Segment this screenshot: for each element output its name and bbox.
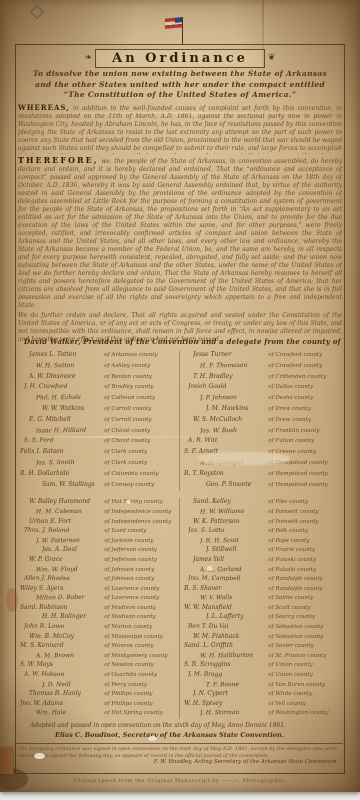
- adopted-attestation-line: Adopted and passed in open convention on…: [30, 722, 330, 729]
- signature-row: Saml. Kelley of Pike county: [184, 498, 343, 508]
- delegate-signature: Saml. Robinson: [20, 604, 104, 611]
- delegate-signature: James L. Totten: [29, 351, 104, 358]
- delegate-signature: A. W. Dinsmore: [29, 373, 104, 380]
- delegate-county: of Clark county: [104, 460, 179, 466]
- preamble: To dissolve the union now existing betwe…: [20, 69, 340, 101]
- signature-row: W. H. Sutton of Ashley county: [20, 362, 179, 373]
- delegate-signature: Thos. J. Roland: [24, 527, 104, 534]
- signature-row: Phil. H. Echols of Calhoun county: [20, 394, 179, 405]
- signature-row: W. W. Watkins of Carroll county: [20, 405, 179, 416]
- signature-row: J. L. Lafferty of Searcy county: [184, 613, 343, 623]
- delegate-signature: W. P. Grace: [29, 556, 104, 563]
- delegate-county: of Phillips county: [104, 701, 179, 707]
- signature-row: H. F. Thomason of Crawford county: [184, 362, 343, 373]
- signature-row: Wm. W. Floyd of Johnson county: [20, 566, 179, 576]
- delegate-county: of Crawford county: [268, 363, 343, 369]
- delegate-signature: Wm. B. McCoy: [29, 633, 104, 640]
- delegate-county: of Carroll county: [104, 406, 179, 412]
- delegate-signature: Isaac H. Hilliard: [36, 427, 104, 434]
- delegate-signature: J. P. Johnson: [200, 394, 268, 401]
- paper-fleck: [126, 500, 131, 504]
- delegate-signature: A. M. Brown: [36, 652, 104, 659]
- therefore-paragraph-2: And we do further hereby declare and ord…: [18, 270, 342, 310]
- delegate-county: of Franklin county: [268, 428, 343, 434]
- signature-row: Saml. Robinson of Madison county: [20, 604, 179, 614]
- delegate-signature: T. H. Bradley: [193, 373, 268, 380]
- signature-row: W. P. Grace of Jefferson county: [20, 556, 179, 566]
- delegate-county: of Carroll county: [104, 417, 179, 423]
- signature-row: Felix I. Batson of Clark county: [20, 448, 179, 459]
- therefore-section: THEREFORE, we, the people of the State o…: [18, 156, 342, 344]
- therefore-paragraph-1: THEREFORE, we, the people of the State o…: [18, 156, 342, 268]
- signature-row: Jas. S. Latta of Polk county: [184, 527, 343, 537]
- signature-row: E. G. Mitchell of Carroll county: [20, 416, 179, 427]
- therefore-label: THEREFORE,: [18, 156, 99, 165]
- signature-row: S. R. Scroggins of Union county: [184, 661, 343, 671]
- delegate-county: of Randolph county: [268, 576, 343, 582]
- president-signature-line: David Walker, President of the Conventio…: [24, 337, 344, 346]
- document-title: An Ordinance: [95, 49, 265, 68]
- signature-row: S. S. Ford of Chicot county: [20, 437, 179, 448]
- delegate-county: of Independence county: [104, 519, 179, 525]
- signature-row: Jno. W. Adams of Phillips county: [20, 700, 179, 710]
- delegate-county: of Mississippi county: [104, 634, 179, 640]
- delegate-signature: Geo. P. Smoote: [206, 481, 268, 488]
- delegate-signature: W. H. Sutton: [36, 362, 104, 369]
- signature-row: Sam. W. Stallings of Conway county: [20, 481, 179, 492]
- signature-row: J. H. Crawford of Bradley county: [20, 383, 179, 394]
- delegate-signature: Phil. H. Echols: [36, 394, 104, 401]
- delegate-signature: J. H. Crawford: [24, 383, 104, 390]
- delegate-county: of Lawrence county: [104, 595, 179, 601]
- delegate-county: of St. Francis county: [268, 653, 343, 659]
- delegate-county: of Marion county: [104, 624, 179, 630]
- delegate-signature: Josiah Gould: [188, 383, 268, 390]
- delegate-county: of Poinsett county: [268, 519, 343, 525]
- delegate-county: of Chicot county: [104, 438, 179, 444]
- signature-row: Wiley S. Ayers of Lawrence county: [20, 585, 179, 595]
- delegate-signature: Thomas B. Hanly: [29, 690, 104, 697]
- vertical-crease: [262, 0, 264, 90]
- signature-row: R. S. Shaver of Randolph county: [184, 585, 343, 595]
- delegate-county: of Union county: [268, 662, 343, 668]
- delegate-county: of Sebastian county: [268, 624, 343, 630]
- delegate-signature: Jas. A. Deal: [42, 546, 104, 553]
- signature-column-lower-left: W. Bailey Hammond of Hot Spring county H…: [20, 498, 179, 719]
- delegate-signature: Felix I. Batson: [20, 448, 104, 455]
- signature-row: J. H. Stirman of Washington county: [184, 709, 343, 719]
- signature-row: W. K. Patterson of Poinsett county: [184, 518, 343, 528]
- delegate-signature: J. M. Bragg: [188, 671, 268, 678]
- delegate-county: of Saline county: [268, 595, 343, 601]
- delegate-county: of Drew county: [268, 417, 343, 423]
- delegate-county: of Drew county: [268, 406, 343, 412]
- delegate-signature: A. W. Hobson: [24, 671, 104, 678]
- ribbon-left-flourish-icon: ❧: [85, 53, 93, 63]
- fold-mark: [30, 5, 44, 19]
- signature-row: Wm. B. McCoy of Mississippi county: [20, 633, 179, 643]
- delegate-signature: W. S. McCulloch: [193, 416, 268, 423]
- ordinance-document: ❧An Ordinance❦ To dissolve the union now…: [0, 0, 360, 792]
- horizontal-crease: [20, 112, 340, 114]
- therefore-text-1: we, the people of the State of Arkansas,…: [18, 158, 342, 268]
- delegate-county: of Independence county: [104, 509, 179, 515]
- signing-note: The foregoing ordinance was signed in op…: [18, 746, 342, 759]
- signature-row: James L. Totten of Arkansas county: [20, 351, 179, 362]
- signature-row: H. H. Bolinger of Madison county: [20, 613, 179, 623]
- signature-row: Allen J. Rhodes of Johnson county: [20, 575, 179, 585]
- delegate-signature: M. S. Kennard: [20, 642, 104, 649]
- secretary-attestation-line: Elias C. Boudinot, Secretary of the Arka…: [55, 731, 335, 739]
- delegate-signature: R. S. Shaver: [184, 585, 268, 592]
- delegate-signature: J. L. Lafferty: [206, 613, 268, 620]
- delegate-county: of Yell county: [268, 701, 343, 707]
- photographer-caption: Photographed from the Original Manuscrip…: [0, 778, 360, 784]
- signature-row: J. P. Johnson of Desha county: [184, 394, 343, 405]
- signature-row: Ben T. Du Val of Sebastian county: [184, 623, 343, 633]
- delegate-county: of Fulton county: [268, 438, 343, 444]
- delegate-county: of Bradley county: [104, 384, 179, 390]
- signature-row: W. H. Spivey of Yell county: [184, 700, 343, 710]
- delegate-county: of Montgomery county: [104, 653, 179, 659]
- delegate-county: of Van Buren county: [268, 682, 343, 688]
- delegate-signature: J. R. H. Scott: [200, 537, 268, 544]
- signature-row: Wm. Hale of Hot Spring county: [20, 709, 179, 719]
- delegate-county: of Phillips county: [104, 691, 179, 697]
- signature-row: J. M. Hawkins of Drew county: [184, 405, 343, 416]
- delegate-signature: Jas. S. Latta: [188, 527, 268, 534]
- flag-stripes: [165, 17, 182, 28]
- delegate-signature: W. W. Watkins: [42, 405, 104, 412]
- delegate-signature: J. N. Cypert: [193, 690, 268, 697]
- delegate-signature: W. H. Spivey: [184, 700, 268, 707]
- signature-row: John R. Lowe of Marion county: [20, 623, 179, 633]
- signature-block-upper: James L. Totten of Arkansas county W. H.…: [20, 351, 343, 491]
- delegate-county: of Ashley county: [104, 363, 179, 369]
- signature-row: A. M. Brown of Montgomery county: [20, 652, 179, 662]
- delegate-signature: A. R. Witt: [188, 437, 268, 444]
- delegate-county: of Madison county: [104, 605, 179, 611]
- delegate-county: of Pulaski county: [268, 567, 343, 573]
- confederate-flag-icon: [164, 17, 186, 45]
- preamble-line-3: “The Constitution of the United States o…: [20, 90, 340, 101]
- delegate-county: of Perry county: [104, 682, 179, 688]
- delegate-signature: James Yell: [193, 556, 268, 563]
- delegate-county: of Johnson county: [104, 576, 179, 582]
- ribbon-right-flourish-icon: ❦: [268, 53, 276, 63]
- signature-row: R. T. Royston of Hempstead county: [184, 470, 343, 481]
- delegate-county: of Randolph county: [268, 586, 343, 592]
- signature-row: Josiah Gould of Dallas county: [184, 383, 343, 394]
- delegate-signature: H. F. Thomason: [200, 362, 268, 369]
- delegate-signature: Sam. W. Stallings: [42, 481, 104, 488]
- signature-row: Thomas B. Hanly of Phillips county: [20, 690, 179, 700]
- tape-repair: [0, 748, 13, 774]
- signature-row: J. N. Cypert of White county: [184, 690, 343, 700]
- preamble-line-1: To dissolve the union now existing betwe…: [20, 69, 340, 80]
- scratch-mark: [198, 452, 290, 465]
- delegate-county: of Searcy county: [268, 614, 343, 620]
- paper-fleck: [148, 736, 157, 741]
- paper-fleck: [34, 753, 45, 759]
- delegate-signature: Jno. W. Adams: [20, 700, 104, 707]
- note-divider-rule: [15, 743, 343, 744]
- signature-column-upper-right: Jesse Turner of Crawford county H. F. Th…: [179, 351, 343, 491]
- delegate-signature: H. H. Bolinger: [42, 613, 104, 620]
- signature-row: S. W. Mays of Newton county: [20, 661, 179, 671]
- signature-column-lower-right: Saml. Kelley of Pike county H. W. Willia…: [179, 498, 343, 719]
- delegate-signature: S. W. Mays: [20, 661, 104, 668]
- signature-row: M. S. Kennard of Monroe county: [20, 642, 179, 652]
- signature-row: Jesse Turner of Crawford county: [184, 351, 343, 362]
- delegate-signature: S. R. Scroggins: [184, 661, 268, 668]
- delegate-county: of Columbia county: [104, 471, 179, 477]
- delegate-signature: Saml. Kelley: [193, 498, 268, 505]
- delegate-county: of Union county: [268, 672, 343, 678]
- signature-row: A. R. Witt of Fulton county: [184, 437, 343, 448]
- delegate-county: of Scott county: [268, 605, 343, 611]
- delegate-county: of Jefferson county: [104, 547, 179, 553]
- delegate-signature: Ben T. Du Val: [188, 623, 268, 630]
- delegate-county: of Prairie county: [268, 547, 343, 553]
- signature-column-upper-left: James L. Totten of Arkansas county W. H.…: [20, 351, 179, 491]
- delegate-signature: J. H. Stirman: [200, 709, 268, 716]
- delegate-signature: W. Bailey Hammond: [29, 498, 104, 505]
- signature-row: Jas. S. Smith of Clark county: [20, 459, 179, 470]
- signature-block-gap: [20, 491, 343, 498]
- delegate-signature: Jno. M. Campbell: [188, 575, 268, 582]
- delegate-county: of Sebastian county: [268, 634, 343, 640]
- signature-row: Urban E. Fort of Independence county: [20, 518, 179, 528]
- delegate-county: of Crittenden county: [268, 374, 343, 380]
- delegate-county: of Hempstead county: [268, 482, 343, 488]
- delegate-signature: Jas. W. Bush: [200, 427, 268, 434]
- delegate-county: of Madison county: [104, 614, 179, 620]
- delegate-county: of Poinsett county: [268, 509, 343, 515]
- signatures-section: James L. Totten of Arkansas county W. H.…: [20, 351, 343, 721]
- delegate-signature: W. K. Patterson: [193, 518, 268, 525]
- delegate-county: of Conway county: [104, 482, 179, 488]
- page: ❧An Ordinance❦ To dissolve the union now…: [0, 0, 360, 800]
- delegate-county: of Arkansas county: [104, 352, 179, 358]
- delegate-county: of Jefferson county: [104, 557, 179, 563]
- delegate-county: of Lawrence county: [104, 586, 179, 592]
- delegate-signature: R. H. Dollarhide: [20, 470, 104, 477]
- delegate-county: of Hot Spring county: [104, 710, 179, 716]
- delegate-signature: Milton D. Baber: [36, 594, 104, 601]
- delegate-signature: S. S. Ford: [24, 437, 104, 444]
- delegate-signature: J. M. Hawkins: [206, 405, 268, 412]
- delegate-county: of Polk county: [268, 528, 343, 534]
- delegate-signature: W. M. Fishback: [193, 633, 268, 640]
- delegate-signature: John R. Lowe: [24, 623, 104, 630]
- delegate-county: of Johnson county: [104, 567, 179, 573]
- signature-row: R. H. Dollarhide of Columbia county: [20, 470, 179, 481]
- signature-row: H. W. Williams of Poinsett county: [184, 508, 343, 518]
- delegate-signature: Allen J. Rhodes: [24, 575, 104, 582]
- delegate-county: of Sevier county: [268, 643, 343, 649]
- flag-pole: [182, 17, 183, 45]
- signature-row: Jas. A. Deal of Jefferson county: [20, 546, 179, 556]
- signature-row: J. M. Bragg of Union county: [184, 671, 343, 681]
- horizontal-crease: [10, 436, 210, 438]
- delegate-county: of Newton county: [104, 662, 179, 668]
- signature-row: Milton D. Baber of Lawrence county: [20, 594, 179, 604]
- title-banner: ❧An Ordinance❦: [0, 47, 360, 68]
- delegate-signature: Jesse Turner: [193, 351, 268, 358]
- signature-row: Saml. L. Griffith of Sevier county: [184, 642, 343, 652]
- delegate-county: of Pike county: [268, 499, 343, 505]
- delegate-county: of White county: [268, 691, 343, 697]
- delegate-signature: W. V. Walls: [200, 594, 268, 601]
- signature-row: W. H. Halliburton of St. Francis county: [184, 652, 343, 662]
- delegate-county: of Calhoun county: [104, 395, 179, 401]
- delegate-county: of Clark county: [104, 449, 179, 455]
- signature-row: W. M. Fishback of Sebastian county: [184, 633, 343, 643]
- delegate-county: of Benton county: [104, 374, 179, 380]
- signature-row: W. V. Walls of Saline county: [184, 594, 343, 604]
- signature-row: A. W. Dinsmore of Benton county: [20, 373, 179, 384]
- signature-row: W. Bailey Hammond of Hot Spring county: [20, 498, 179, 508]
- delegate-signature: R. T. Royston: [184, 470, 268, 477]
- signature-row: T. F. Boone of Van Buren county: [184, 681, 343, 691]
- delegate-county: of Pulaski county: [268, 557, 343, 563]
- signature-row: J. D. Neill of Perry county: [20, 681, 179, 691]
- delegate-signature: Jas. S. Smith: [36, 459, 104, 466]
- delegate-county: of Desha county: [268, 395, 343, 401]
- red-stain: [6, 588, 18, 612]
- flag-canton: [175, 17, 182, 23]
- delegate-county: of Izard county: [104, 528, 179, 534]
- delegate-signature: H. M. Coleman: [36, 508, 104, 515]
- delegate-signature: T. F. Boone: [206, 681, 268, 688]
- signature-row: J. W. Patterson of Jackson county: [20, 537, 179, 547]
- signature-row: J. Stillwell of Prairie county: [184, 546, 343, 556]
- signature-block-lower: W. Bailey Hammond of Hot Spring county H…: [20, 498, 343, 719]
- acting-secretary-line: F. W. Hoadley, Acting Secretary of the A…: [150, 759, 342, 765]
- delegate-signature: H. W. Williams: [200, 508, 268, 515]
- delegate-signature: W. H. Halliburton: [200, 652, 268, 659]
- delegate-county: of Chicot county: [104, 428, 179, 434]
- signature-row: Thos. J. Roland of Izard county: [20, 527, 179, 537]
- delegate-county: of Crawford county: [268, 352, 343, 358]
- delegate-county: of Hempstead county: [268, 471, 343, 477]
- delegate-signature: Wm. Hale: [36, 709, 104, 716]
- delegate-signature: Wm. W. Floyd: [36, 566, 104, 573]
- delegate-signature: J. W. Patterson: [36, 537, 104, 544]
- delegate-county: of Monroe county: [104, 643, 179, 649]
- signature-row: J. R. H. Scott of Pope county: [184, 537, 343, 547]
- signature-row: Jno. M. Campbell of Randolph county: [184, 575, 343, 585]
- delegate-signature: W. W. Mansfield: [184, 604, 268, 611]
- signature-row: James Yell of Pulaski county: [184, 556, 343, 566]
- paper-fleck: [207, 566, 213, 571]
- delegate-county: of Ouachita county: [104, 672, 179, 678]
- delegate-signature: Urban E. Fort: [29, 518, 104, 525]
- signature-row: Geo. P. Smoote of Hempstead county: [184, 481, 343, 492]
- delegate-signature: Saml. L. Griffith: [184, 642, 268, 649]
- delegate-county: of Dallas county: [268, 384, 343, 390]
- preamble-line-2: and the other States united with her und…: [20, 80, 340, 91]
- signature-row: A. W. Hobson of Ouachita county: [20, 671, 179, 681]
- delegate-signature: E. G. Mitchell: [29, 416, 104, 423]
- delegate-county: of Hot Spring county: [104, 499, 179, 505]
- delegate-county: of Pope county: [268, 538, 343, 544]
- signature-row: H. M. Coleman of Independence county: [20, 508, 179, 518]
- signature-row: W. S. McCulloch of Drew county: [184, 416, 343, 427]
- delegate-signature: J. D. Neill: [42, 681, 104, 688]
- delegate-county: of Washington county: [268, 710, 343, 716]
- signature-row: T. H. Bradley of Crittenden county: [184, 373, 343, 384]
- delegate-signature: Wiley S. Ayers: [20, 585, 104, 592]
- delegate-county: of Jackson county: [104, 538, 179, 544]
- signature-row: W. W. Mansfield of Scott county: [184, 604, 343, 614]
- whereas-label: WHEREAS,: [18, 104, 70, 112]
- delegate-signature: J. Stillwell: [206, 546, 268, 553]
